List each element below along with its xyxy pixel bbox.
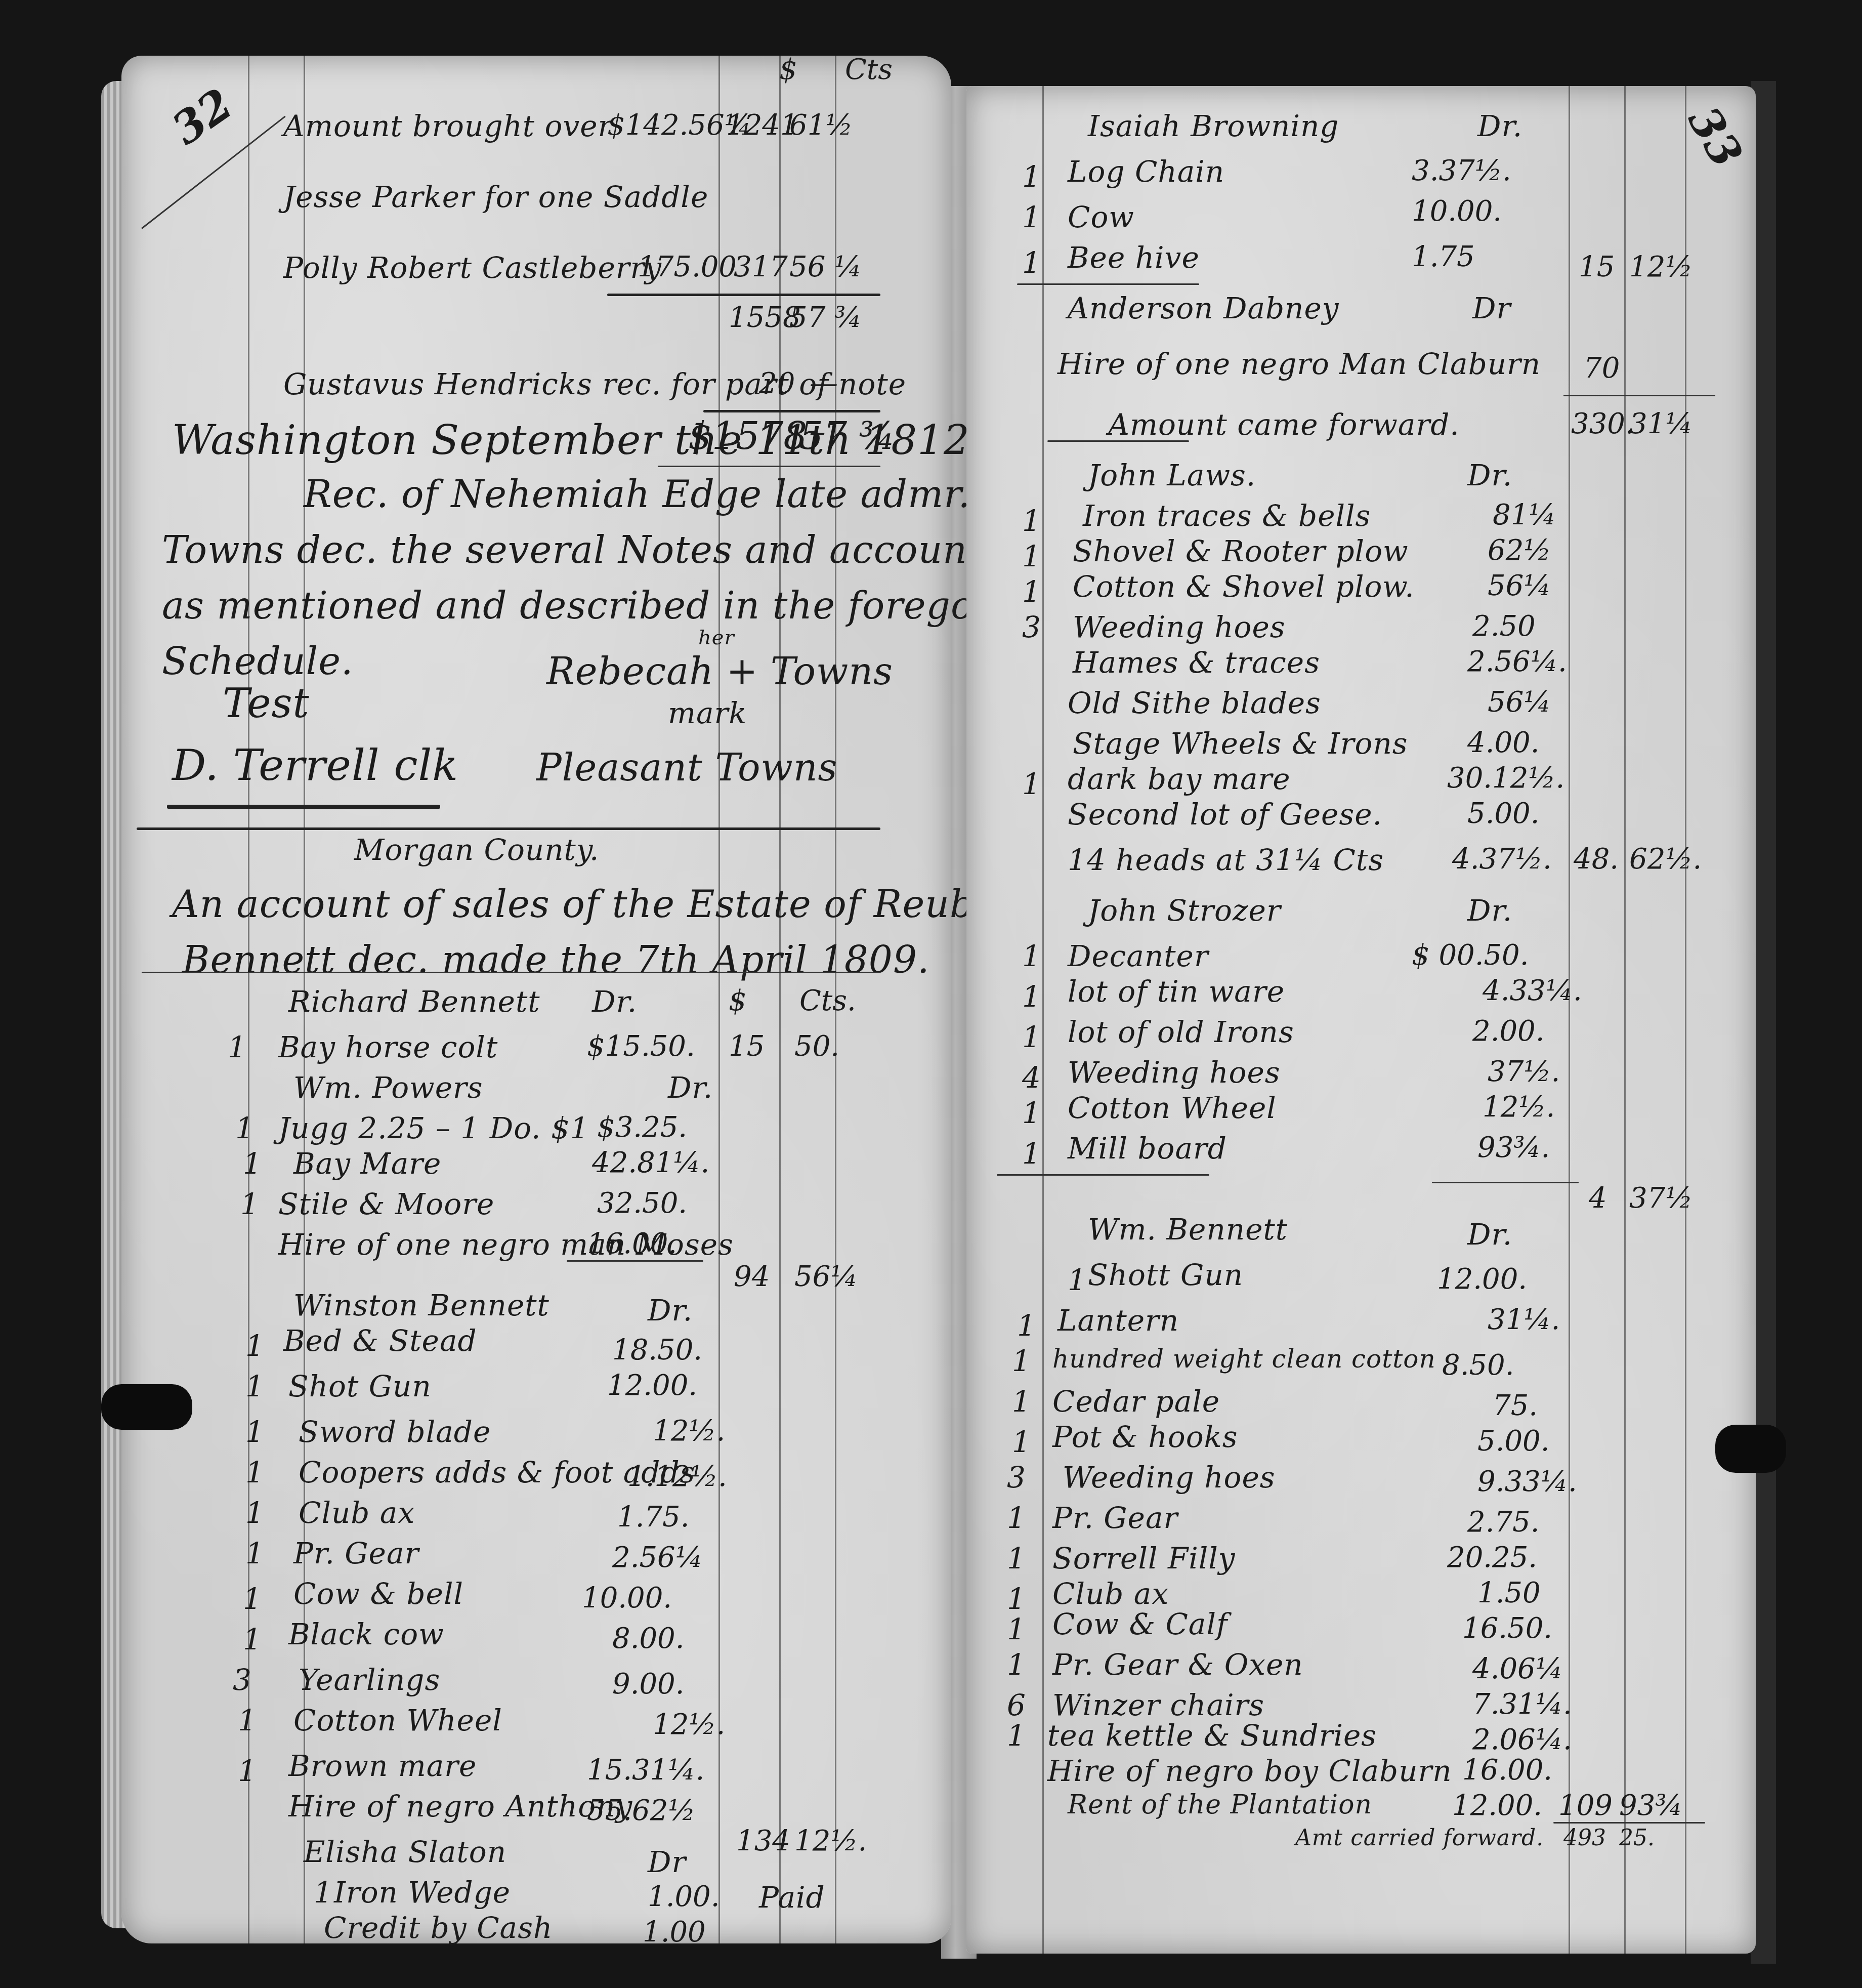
item-qty: 1 <box>243 1149 262 1178</box>
column-rule <box>1569 86 1570 1954</box>
section-rule <box>1047 440 1189 442</box>
item-name: Pr. Gear <box>293 1539 419 1568</box>
item-amount: 16.00. <box>1462 1756 1552 1785</box>
debit-label: Dr. <box>1477 111 1522 141</box>
debit-label: Dr. <box>1467 461 1512 490</box>
buyer-name: Winston Bennett <box>293 1291 549 1320</box>
item-amount: $3.25. <box>597 1113 687 1142</box>
dollars-value: 15 <box>729 1032 765 1061</box>
item-qty: 1 <box>243 1584 262 1613</box>
item-name: Cow & Calf <box>1052 1609 1228 1639</box>
item-name: hundred weight clean cotton <box>1052 1346 1436 1372</box>
item-qty: 1 <box>245 1498 264 1527</box>
item-amount: 9.00. <box>612 1670 685 1699</box>
item-qty: 1 <box>1022 982 1041 1011</box>
section-rule <box>137 827 880 830</box>
item-amount: 2.56¼ <box>612 1544 703 1572</box>
receipt-line: as mentioned and described in the forego… <box>162 587 1035 625</box>
buyer-name: Richard Bennett <box>288 987 540 1016</box>
item-name: lot of tin ware <box>1068 977 1285 1006</box>
item-qty: 1 <box>314 1878 333 1907</box>
item-amount: $ 00.50. <box>1412 941 1529 970</box>
item-name: Second lot of Geese. <box>1068 800 1382 829</box>
account-total-cents: 56¼ <box>794 1263 858 1291</box>
item-amount: 12.00. <box>607 1372 697 1400</box>
item-amount: 5.00. <box>1467 800 1540 828</box>
item-qty: 1 <box>1022 542 1041 571</box>
item-amount: 2.56¼. <box>1467 648 1567 676</box>
item-name: dark bay mare <box>1068 764 1291 794</box>
item-qty: 1 <box>1022 1022 1041 1052</box>
item-qty: 1 <box>1012 1387 1031 1416</box>
receipt-line: Washington September the 11th 1812 <box>172 420 970 461</box>
item-amount: 15.31¼. <box>587 1756 704 1785</box>
item-qty: 1 <box>245 1458 264 1487</box>
item-amount: 2.06¼. <box>1472 1726 1572 1754</box>
item-name: Bed & Stead <box>283 1326 477 1355</box>
column-rule <box>248 56 249 1943</box>
test-label: Test <box>223 683 310 724</box>
item-qty: 1 <box>1022 769 1041 799</box>
item-amount: 32.50. <box>597 1189 687 1218</box>
sum-rule <box>703 410 880 412</box>
item-name: Log Chain <box>1068 157 1224 186</box>
item-name: Winzer chairs <box>1052 1690 1264 1720</box>
account-total-dollars: 109 <box>1558 1792 1613 1820</box>
item-name: Old Sithe blades <box>1068 688 1321 718</box>
item-amount: 12½. <box>653 1417 725 1445</box>
item-name: Shovel & Rooter plow <box>1073 536 1409 566</box>
signature: Pleasant Towns <box>536 749 838 786</box>
column-rule <box>1624 86 1626 1954</box>
item-qty: 1 <box>1022 506 1041 535</box>
item-name: Bee hive <box>1068 243 1200 272</box>
item-qty: 1 <box>245 1539 264 1568</box>
item-name: Weeding hoes <box>1063 1463 1276 1492</box>
item-amount: 12.00. <box>1452 1792 1542 1820</box>
item-amount: 2.00. <box>1472 1017 1545 1046</box>
item-qty: 6 <box>1007 1690 1026 1720</box>
item-name: Cow & bell <box>293 1579 463 1608</box>
carried-forward-label: Amount came forward. <box>1108 410 1460 439</box>
item-name: Sorrell Filly <box>1052 1544 1236 1573</box>
item-amount: 18.50. <box>612 1336 702 1364</box>
item-qty: 1 <box>1022 1098 1041 1128</box>
sum-rule <box>567 1260 703 1262</box>
column-rule <box>779 56 781 1943</box>
item-name: lot of old Irons <box>1068 1017 1294 1047</box>
item-qty: 1 <box>1022 162 1041 191</box>
paid-note: Paid <box>759 1883 825 1912</box>
item-name: Sword blade <box>299 1417 491 1446</box>
buyer-name: Wm. Bennett <box>1088 1215 1288 1244</box>
item-amount: 10.00. <box>582 1584 672 1612</box>
ledger-line: Amount brought over <box>283 111 612 141</box>
sum-rule <box>1563 395 1715 396</box>
item-name: Cotton Wheel <box>293 1706 502 1735</box>
debit-label: Dr. <box>648 1296 693 1325</box>
item-amount: 31¼. <box>1488 1306 1560 1334</box>
item-amount: 1.75 <box>1412 243 1475 271</box>
ledger-amount: 175.00 <box>638 253 737 281</box>
right-page: 33 Isaiah Browning Dr. 1 Log Chain 3.37½… <box>966 86 1756 1954</box>
item-name: Iron Wedge <box>334 1878 511 1907</box>
item-amount: 10.00. <box>1412 197 1502 226</box>
item-amount: 16.00. <box>587 1230 677 1258</box>
item-name: tea kettle & Sundries <box>1047 1721 1377 1750</box>
buyer-name: John Laws. <box>1088 461 1256 490</box>
item-amount: 93¾. <box>1477 1134 1550 1162</box>
debit-label: Dr. <box>1467 896 1512 925</box>
item-amount: 55.62½ <box>587 1797 696 1825</box>
debit-label: Dr. <box>592 987 637 1016</box>
item-qty: 1 <box>1017 1311 1036 1340</box>
forward-cents: 31¼ <box>1629 410 1693 438</box>
item-amount: 9.33¼. <box>1477 1468 1577 1496</box>
debit-label: Dr. <box>668 1073 713 1102</box>
item-amount: 8.00. <box>612 1625 685 1653</box>
cents-value: 61½ <box>789 111 853 140</box>
section-rule <box>997 1174 1209 1176</box>
account-total-cents: 62½. <box>1629 845 1702 874</box>
item-name: Rent of the Plantation <box>1068 1792 1372 1818</box>
item-amount: 12½. <box>1483 1093 1555 1122</box>
dollar-header: $ <box>729 987 747 1015</box>
item-name: Bay Mare <box>293 1149 441 1178</box>
cents-value: 56 ¼ <box>789 253 862 281</box>
item-amount: 1.75. <box>617 1503 690 1531</box>
item-amount: 75. <box>1493 1392 1538 1420</box>
item-qty: 1 <box>1012 1427 1031 1457</box>
item-name: Shot Gun <box>288 1372 432 1401</box>
buyer-name: Anderson Dabney <box>1068 294 1339 323</box>
item-amount: 1.00. <box>648 1883 720 1911</box>
item-amount: 56¼ <box>1488 688 1551 717</box>
item-amount: 1.12½. <box>627 1463 727 1491</box>
item-qty: 1 <box>238 1706 257 1735</box>
sum-rule <box>607 294 880 296</box>
carried-forward-dollars: 493 <box>1563 1827 1606 1849</box>
signature-annotation: her <box>698 628 735 648</box>
item-qty: 1 <box>1007 1650 1026 1679</box>
signature-annotation: mark <box>668 698 747 728</box>
item-amount: 12.00. <box>1437 1265 1527 1294</box>
item-name: Hire of negro boy Claburn <box>1047 1756 1452 1786</box>
account-total-dollars: 15 <box>1579 253 1615 281</box>
cents-value: — <box>810 369 838 398</box>
item-name: Hire of negro Anthony <box>288 1792 632 1821</box>
item-amount: 7.31¼. <box>1472 1690 1572 1719</box>
item-name: Stage Wheels & Irons <box>1073 729 1408 758</box>
account-total-cents: 12½. <box>794 1827 867 1855</box>
item-amount: $15.50. <box>587 1032 695 1061</box>
dollars-value: 20 <box>759 369 795 398</box>
ledger-line: Jesse Parker for one Saddle <box>283 182 708 212</box>
item-amount: 20.25. <box>1447 1544 1537 1572</box>
item-name: Hames & traces <box>1073 648 1320 677</box>
signature-underline <box>167 805 440 809</box>
item-qty: 1 <box>238 1756 257 1786</box>
sum-rule <box>1432 1182 1579 1183</box>
receipt-line: Schedule. <box>162 643 354 680</box>
item-name: Pr. Gear & Oxen <box>1052 1650 1303 1679</box>
item-amount: 8.50. <box>1442 1351 1514 1380</box>
account-total-cents: 37½ <box>1629 1184 1693 1213</box>
item-qty: 1 <box>1012 1346 1031 1376</box>
cents-value: 50. <box>794 1032 839 1061</box>
receipt-line: Towns dec. the several Notes and account… <box>162 531 1003 569</box>
item-qty: 3 <box>233 1665 251 1694</box>
buyer-name: John Strozer <box>1088 896 1281 925</box>
item-amount: 30.12½. <box>1447 764 1564 793</box>
item-name: Iron traces & bells <box>1083 501 1371 530</box>
buyer-name: Wm. Powers <box>293 1073 483 1102</box>
account-total-dollars: 70 <box>1584 354 1620 383</box>
item-name: Yearlings <box>299 1665 440 1694</box>
column-rule <box>1685 86 1686 1954</box>
carried-forward-cents: 25. <box>1619 1827 1655 1849</box>
item-name: Brown mare <box>288 1751 477 1780</box>
section-rule <box>142 972 880 973</box>
item-amount: 5.00. <box>1477 1427 1550 1456</box>
left-page: 32 $ Cts Amount brought over $142.56¼ 12… <box>121 56 951 1943</box>
account-total-dollars: 94 <box>734 1263 770 1291</box>
forward-dollars: 330. <box>1571 410 1634 438</box>
column-rule <box>718 56 720 1943</box>
debit-label: Dr. <box>1467 1220 1512 1249</box>
cents-header: Cts <box>845 56 893 84</box>
account-total-cents: 93¾ <box>1619 1792 1683 1820</box>
item-name: Pot & hooks <box>1052 1422 1238 1452</box>
item-name: Weeding hoes <box>1073 612 1286 642</box>
item-qty: 3 <box>1022 612 1041 642</box>
item-qty: 1 <box>1007 1614 1026 1644</box>
section-rule <box>1017 283 1199 285</box>
debit-label: Dr <box>1472 294 1511 323</box>
item-name: Cow <box>1068 202 1134 232</box>
item-name: Lantern <box>1057 1306 1179 1335</box>
item-amount: 81¼ <box>1493 501 1556 529</box>
sum-rule <box>658 466 880 467</box>
page-clip <box>101 1384 192 1430</box>
item-qty: 1 <box>1007 1503 1026 1533</box>
item-qty: 1 <box>235 1113 254 1143</box>
dollars-value: 317 <box>734 253 788 281</box>
carried-forward-label: Amt carried forward. <box>1295 1827 1544 1849</box>
item-name: Stile & Moore <box>278 1189 494 1219</box>
dollar-header: $ <box>779 56 797 84</box>
page-number: 32 <box>163 78 242 155</box>
cents-header: Cts. <box>799 987 856 1015</box>
cents-value: 57 ¾ <box>789 304 862 332</box>
item-name: Cotton & Shovel plow. <box>1073 572 1415 601</box>
item-amount: 4.33¼. <box>1483 977 1582 1005</box>
item-qty: 1 <box>240 1189 259 1219</box>
item-qty: 1 <box>245 1372 264 1401</box>
sales-heading: An account of sales of the Estate of Reu… <box>172 886 1022 923</box>
item-name: Bay horse colt <box>278 1032 498 1062</box>
item-qty: 1 <box>1022 1139 1041 1168</box>
ledger-line: Polly Robert Castleberry <box>283 253 662 282</box>
item-name: Pr. Gear <box>1052 1503 1178 1533</box>
debit-label: Dr <box>648 1847 686 1877</box>
item-qty: 1 <box>1022 941 1041 971</box>
item-qty: 1 <box>1007 1721 1026 1750</box>
column-rule <box>1042 86 1044 1954</box>
item-name: Club ax <box>1052 1579 1169 1608</box>
sum-rule <box>1553 1822 1705 1824</box>
item-name: Decanter <box>1068 941 1209 971</box>
item-qty: 1 <box>1022 248 1041 277</box>
dollars-value: 1241 <box>726 111 798 140</box>
item-name: Weeding hoes <box>1068 1058 1281 1087</box>
item-name: Cedar pale <box>1052 1387 1220 1416</box>
item-amount: 12½. <box>653 1711 725 1739</box>
item-qty: 1 <box>228 1032 246 1062</box>
signature: Rebecah + Towns <box>546 653 893 690</box>
item-name: Black cow <box>288 1620 444 1649</box>
item-amount: 42.81¼. <box>592 1149 709 1177</box>
item-amount: 2.75. <box>1467 1508 1540 1537</box>
item-qty: 1 <box>1007 1544 1026 1573</box>
item-amount: 1.00 <box>643 1918 706 1946</box>
item-name: Credit by Cash <box>324 1913 553 1942</box>
item-amount: 16.50. <box>1462 1614 1552 1643</box>
item-amount: 4.00. <box>1467 729 1540 757</box>
page-number: 33 <box>1678 98 1752 176</box>
item-qty: 1 <box>1022 577 1041 606</box>
item-qty: 1 <box>245 1417 264 1446</box>
item-name: Club ax <box>299 1498 415 1527</box>
item-qty: 1 <box>245 1331 264 1360</box>
item-qty: 1 <box>1068 1265 1086 1295</box>
item-name: Jugg 2.25 – 1 Do. $1 <box>278 1113 589 1143</box>
item-name: 14 heads at 31¼ Cts <box>1068 845 1384 875</box>
item-qty: 1 <box>1022 202 1041 232</box>
page-clip <box>1715 1425 1786 1473</box>
account-total-dollars: 134 <box>736 1827 790 1855</box>
item-amount: 4.06¼ <box>1472 1655 1563 1683</box>
item-amount: 3.37½. <box>1412 157 1511 185</box>
item-amount: 2.50 <box>1472 612 1536 641</box>
item-qty: 4 <box>1022 1063 1041 1092</box>
witness-signature: D. Terrell clk <box>172 744 458 786</box>
item-name: Mill board <box>1068 1134 1227 1163</box>
item-amount: 56¼ <box>1488 572 1551 600</box>
item-amount: 1.50 <box>1477 1579 1541 1607</box>
item-name: Cotton Wheel <box>1068 1093 1277 1123</box>
account-total-dollars: 48. <box>1574 845 1619 874</box>
item-name: Hire of one negro Man Claburn <box>1057 349 1541 379</box>
item-amount: 37½. <box>1488 1058 1560 1086</box>
item-amount: 62½ <box>1488 536 1551 565</box>
item-amount: 4.37½. <box>1452 845 1552 874</box>
item-qty: 3 <box>1007 1463 1026 1492</box>
item-qty: 1 <box>243 1625 262 1654</box>
account-total-cents: 12½ <box>1629 253 1693 281</box>
account-total-dollars: 4 <box>1589 1184 1607 1213</box>
item-name: Shott Gun <box>1088 1260 1243 1290</box>
buyer-name: Elisha Slaton <box>304 1837 506 1867</box>
item-qty: 1 <box>1007 1584 1026 1613</box>
county-heading: Morgan County. <box>354 835 599 864</box>
buyer-name: Isaiah Browning <box>1088 111 1339 141</box>
